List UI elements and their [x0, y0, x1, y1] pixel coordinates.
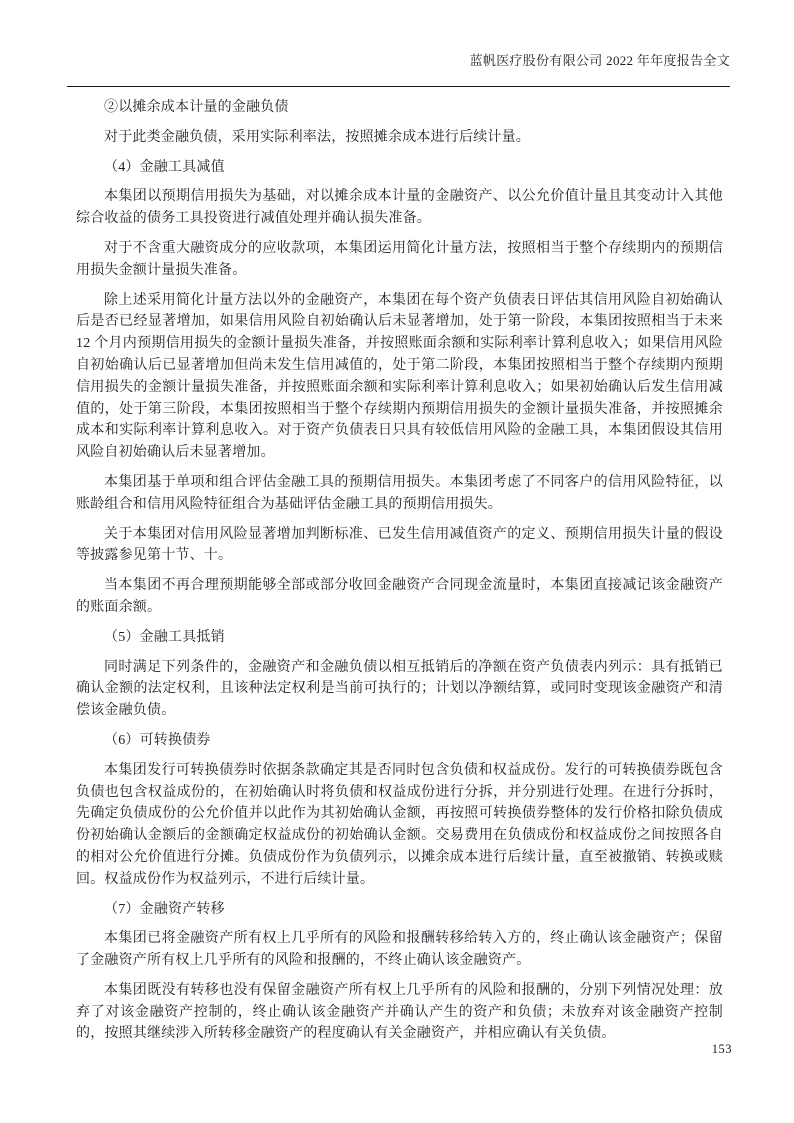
header-rule [67, 86, 730, 87]
page-header: 蓝帆医疗股份有限公司 2022 年年度报告全文 [67, 0, 730, 87]
paragraph: 本集团发行可转换债券时依据条款确定其是否同时包含负债和权益成份。发行的可转换债券… [76, 760, 723, 891]
paragraph: 除上述采用简化计量方法以外的金融资产，本集团在每个资产负债表日评估其信用风险自初… [76, 290, 723, 464]
page-number: 153 [712, 1042, 732, 1057]
paragraph: 本集团以预期信用损失为基础，对以摊余成本计量的金融资产、以公允价值计量且其变动计… [76, 186, 723, 230]
paragraph: 同时满足下列条件的，金融资产和金融负债以相互抵销后的净额在资产负债表内列示：具有… [76, 657, 723, 722]
report-page: 蓝帆医疗股份有限公司 2022 年年度报告全文 ②以摊余成本计量的金融负债对于此… [0, 0, 794, 1123]
paragraph: 对于不含重大融资成分的应收款项，本集团运用简化计量方法，按照相当于整个存续期内的… [76, 238, 723, 282]
paragraph: 本集团基于单项和组合评估金融工具的预期信用损失。本集团考虑了不同客户的信用风险特… [76, 472, 723, 516]
section-heading: （4）金融工具减值 [76, 157, 723, 179]
paragraph: 当本集团不再合理预期能够全部或部分收回金融资产合同现金流量时，本集团直接减记该金… [76, 575, 723, 619]
document-body: ②以摊余成本计量的金融负债对于此类金融负债，采用实际利率法，按照摊余成本进行后续… [76, 89, 723, 1053]
section-heading: （6）可转换债券 [76, 730, 723, 752]
section-heading: （5）金融工具抵销 [76, 627, 723, 649]
section-heading: ②以摊余成本计量的金融负债 [76, 97, 723, 119]
paragraph: 关于本集团对信用风险显著增加判断标准、已发生信用减值资产的定义、预期信用损失计量… [76, 524, 723, 568]
header-title: 蓝帆医疗股份有限公司 2022 年年度报告全文 [67, 0, 730, 69]
paragraph: 本集团既没有转移也没有保留金融资产所有权上几乎所有的风险和报酬的，分别下列情况处… [76, 980, 723, 1045]
paragraph: 对于此类金融负债，采用实际利率法，按照摊余成本进行后续计量。 [76, 127, 723, 149]
section-heading: （7）金融资产转移 [76, 899, 723, 921]
paragraph: 本集团已将金融资产所有权上几乎所有的风险和报酬转移给转入方的，终止确认该金融资产… [76, 928, 723, 972]
